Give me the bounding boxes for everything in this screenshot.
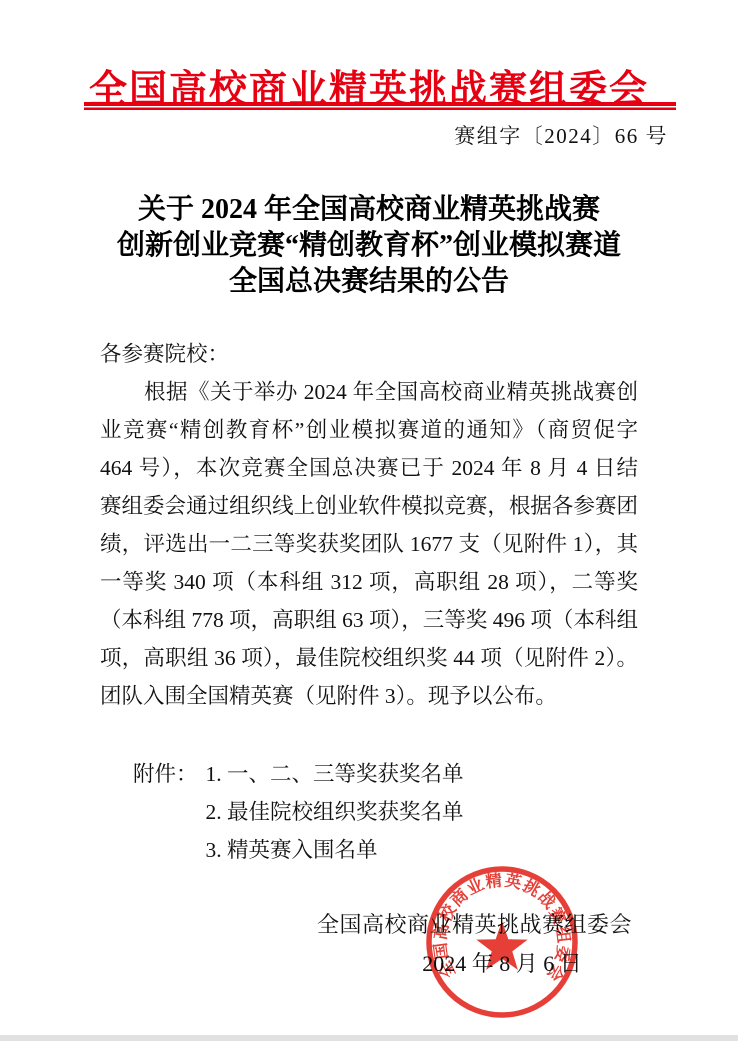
attachments-block: 附件： 1. 一、二、三等奖获奖名单 2. 最佳院校组织奖获奖名单 3. 精英赛…: [133, 755, 464, 869]
notice-title: 关于 2024 年全国高校商业精英挑战赛 创新创业竞赛“精创教育杯”创业模拟赛道…: [0, 192, 738, 300]
attachments-list: 1. 一、二、三等奖获奖名单 2. 最佳院校组织奖获奖名单 3. 精英赛入围名单: [206, 755, 464, 869]
attachment-item: 3. 精英赛入围名单: [206, 831, 464, 869]
doc-number: 赛组字〔2024〕66 号: [454, 120, 668, 150]
salutation: 各参赛院校：: [100, 335, 638, 373]
signature-org: 全国高校商业精英挑战赛组委会: [317, 911, 632, 939]
notice-document: 全国高校商业精英挑战赛组委会 赛组字〔2024〕66 号 关于 2024 年全国…: [0, 0, 738, 1042]
official-seal: 全国高校商业精英挑战赛组委会: [417, 857, 587, 1027]
header-rule: [84, 102, 676, 110]
attachment-item: 1. 一、二、三等奖获奖名单: [206, 755, 464, 793]
body-line: 464 号），本次竞赛全国总决赛已于 2024 年 8 月 4 日结束。大: [100, 449, 638, 487]
notice-title-line: 关于 2024 年全国高校商业精英挑战赛: [0, 192, 738, 228]
signature-date: 2024 年 8 月 6 日: [416, 950, 588, 978]
body-line: 根据《关于举办 2024 年全国高校商业精英挑战赛创新创: [100, 373, 638, 411]
page-bottom-edge: [0, 1035, 738, 1041]
attachments-label: 附件：: [133, 755, 198, 869]
attachment-item: 2. 最佳院校组织奖获奖名单: [206, 793, 464, 831]
body-line: 业竞赛“精创教育杯”创业模拟赛道的通知》（商贸促字〔2024〕: [100, 411, 638, 449]
body-line: 赛组委会通过组织线上创业软件模拟竞赛，根据各参赛团队成: [100, 487, 638, 525]
notice-title-line: 创新创业竞赛“精创教育杯”创业模拟赛道: [0, 228, 738, 264]
body-line: 团队入围全国精英赛（见附件 3）。现予以公布。: [100, 677, 638, 715]
notice-title-line: 全国总决赛结果的公告: [0, 264, 738, 300]
body-line: 项，高职组 36 项），最佳院校组织奖 44 项（见附件 2）。85 支: [100, 639, 638, 677]
body-paragraph: 各参赛院校： 根据《关于举办 2024 年全国高校商业精英挑战赛创新创 业竞赛“…: [100, 335, 638, 715]
body-line: 绩，评选出一二三等奖获奖团队 1677 支（见附件 1），其中，: [100, 525, 638, 563]
seal-ring: [429, 869, 575, 1015]
body-line: 一等奖 340 项（本科组 312 项，高职组 28 项），二等奖 841 项: [100, 563, 638, 601]
body-line: （本科组 778 项，高职组 63 项），三等奖 496 项（本科组 460: [100, 601, 638, 639]
